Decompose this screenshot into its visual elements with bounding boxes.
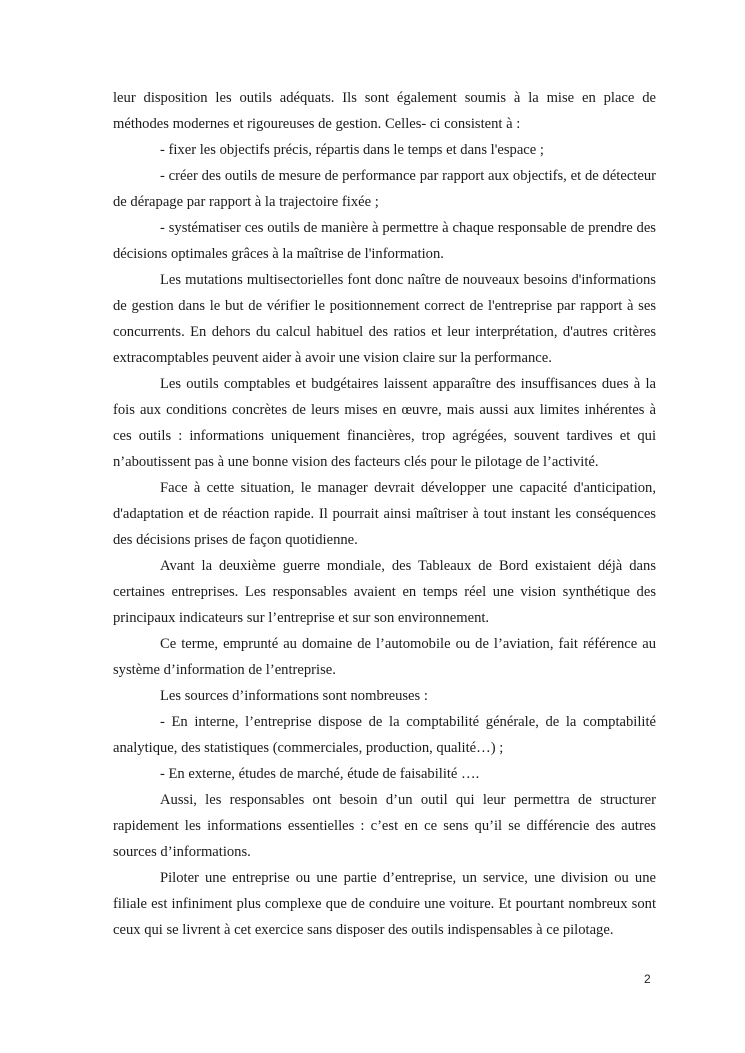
list-item: - fixer les objectifs précis, répartis d… — [113, 137, 656, 163]
paragraph: Avant la deuxième guerre mondiale, des T… — [113, 553, 656, 631]
paragraph: Piloter une entreprise ou une partie d’e… — [113, 865, 656, 943]
paragraph: Les outils comptables et budgétaires lai… — [113, 371, 656, 475]
paragraph: Aussi, les responsables ont besoin d’un … — [113, 787, 656, 865]
page-number: 2 — [644, 972, 651, 986]
document-page: leur disposition les outils adéquats. Il… — [0, 0, 745, 1053]
paragraph: Les sources d’informations sont nombreus… — [113, 683, 656, 709]
paragraph: Les mutations multisectorielles font don… — [113, 267, 656, 371]
body-text: leur disposition les outils adéquats. Il… — [113, 85, 656, 943]
paragraph: Ce terme, emprunté au domaine de l’autom… — [113, 631, 656, 683]
list-item: - créer des outils de mesure de performa… — [113, 163, 656, 215]
list-item: - En externe, études de marché, étude de… — [113, 761, 656, 787]
list-item: - En interne, l’entreprise dispose de la… — [113, 709, 656, 761]
paragraph: Face à cette situation, le manager devra… — [113, 475, 656, 553]
paragraph: leur disposition les outils adéquats. Il… — [113, 85, 656, 137]
list-item: - systématiser ces outils de manière à p… — [113, 215, 656, 267]
